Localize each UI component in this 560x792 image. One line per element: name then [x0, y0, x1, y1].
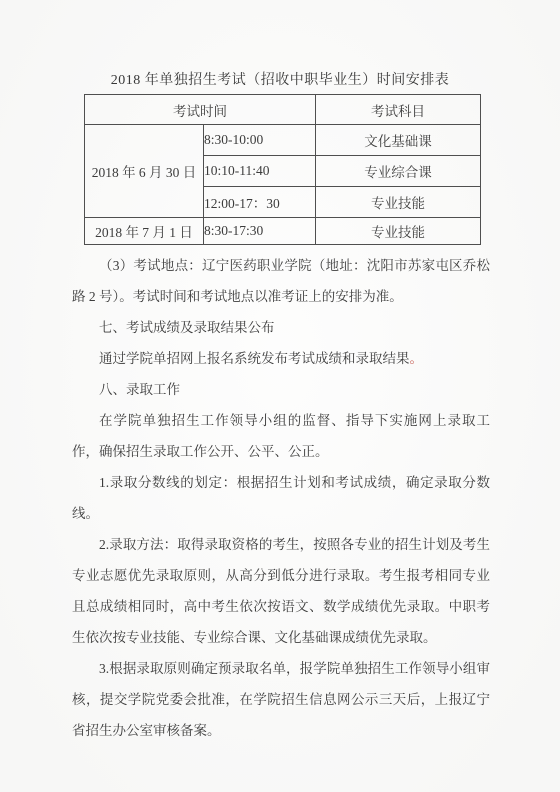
exam-subject-cell: 专业综合课 — [316, 156, 481, 187]
exam-time-cell: 8:30-17:30 — [204, 218, 316, 245]
header-exam-subject: 考试科目 — [316, 95, 481, 125]
exam-time-cell: 12:00-17：30 — [204, 187, 316, 218]
section-8-intro-paragraph: 在学院单独招生工作领导小组的监督、指导下实施网上录取工作，确保招生录取工作公开、… — [72, 405, 490, 467]
document-body: （3）考试地点：辽宁医药职业学院（地址：沈阳市苏家屯区乔松路 2 号）。考试时间… — [72, 250, 490, 746]
exam-subject-cell: 文化基础课 — [316, 125, 481, 156]
section-7-body-text: 通过学院单招网上报名系统发布考试成绩和录取结果 — [99, 351, 410, 366]
table-header-row: 考试时间 考试科目 — [85, 95, 481, 125]
red-period-mark: 。 — [410, 351, 424, 366]
section-8-item-2-paragraph: 2.录取方法：取得录取资格的考生，按照各专业的招生计划及考生专业志愿优先录取原则… — [72, 529, 490, 653]
section-8-heading: 八、录取工作 — [72, 374, 490, 405]
section-7-heading: 七、考试成绩及录取结果公布 — [72, 312, 490, 343]
exam-location-paragraph: （3）考试地点：辽宁医药职业学院（地址：沈阳市苏家屯区乔松路 2 号）。考试时间… — [72, 250, 490, 312]
header-exam-time: 考试时间 — [85, 95, 316, 125]
exam-time-cell: 10:10-11:40 — [204, 156, 316, 187]
table-row: 2018 年 6 月 30 日 8:30-10:00 文化基础课 — [85, 125, 481, 156]
table-row: 2018 年 7 月 1 日 8:30-17:30 专业技能 — [85, 218, 481, 245]
document-page: 2018 年单独招生考试（招收中职毕业生）时间安排表 考试时间 考试科目 201… — [0, 0, 560, 792]
section-8-item-1-paragraph: 1.录取分数线的划定：根据招生计划和考试成绩，确定录取分数线。 — [72, 467, 490, 529]
exam-date-cell: 2018 年 6 月 30 日 — [85, 125, 204, 218]
section-8-item-3-paragraph: 3.根据录取原则确定预录取名单，报学院单独招生工作领导小组审核，提交学院党委会批… — [72, 653, 490, 746]
exam-schedule-table: 考试时间 考试科目 2018 年 6 月 30 日 8:30-10:00 文化基… — [84, 94, 481, 245]
exam-subject-cell: 专业技能 — [316, 187, 481, 218]
exam-time-cell: 8:30-10:00 — [204, 125, 316, 156]
section-7-body: 通过学院单招网上报名系统发布考试成绩和录取结果。 — [72, 343, 490, 374]
exam-subject-cell: 专业技能 — [316, 218, 481, 245]
document-title: 2018 年单独招生考试（招收中职毕业生）时间安排表 — [0, 71, 560, 91]
exam-date-cell: 2018 年 7 月 1 日 — [85, 218, 204, 245]
